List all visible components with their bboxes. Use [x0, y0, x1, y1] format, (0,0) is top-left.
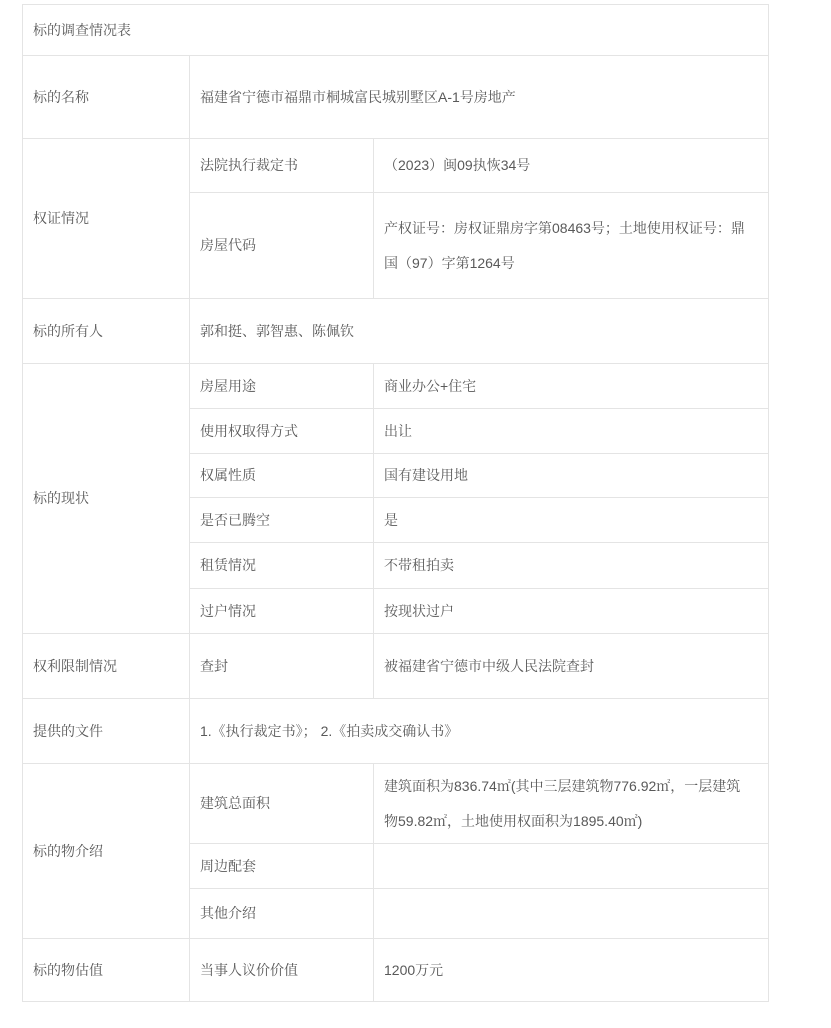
subject-name-value: 福建省宁德市福鼎市桐城富民城别墅区A-1号房地产: [190, 56, 769, 139]
lease-status-value: 不带租拍卖: [374, 543, 769, 589]
table-row: 标的调查情况表: [23, 5, 769, 56]
acquisition-method-value: 出让: [374, 409, 769, 454]
certificate-section-label: 权证情况: [23, 139, 190, 299]
table-row: 权证情况 法院执行裁定书 （2023）闽09执恢34号: [23, 139, 769, 193]
seizure-label: 查封: [190, 634, 374, 699]
negotiated-price-value: 1200万元: [374, 939, 769, 1002]
negotiated-price-label: 当事人议价价值: [190, 939, 374, 1002]
seizure-value: 被福建省宁德市中级人民法院查封: [374, 634, 769, 699]
house-code-value: 产权证号：房权证鼎房字第08463号；土地使用权证号：鼎国（97）字第1264号: [374, 193, 769, 299]
surrounding-facilities-value: [374, 844, 769, 889]
total-building-area-label: 建筑总面积: [190, 764, 374, 844]
subject-investigation-table: 标的调查情况表 标的名称 福建省宁德市福鼎市桐城富民城别墅区A-1号房地产 权证…: [22, 4, 769, 1002]
vacated-label: 是否已腾空: [190, 498, 374, 543]
other-introduction-label: 其他介绍: [190, 889, 374, 939]
table-row: 标的名称 福建省宁德市福鼎市桐城富民城别墅区A-1号房地产: [23, 56, 769, 139]
court-ruling-label: 法院执行裁定书: [190, 139, 374, 193]
total-building-area-value: 建筑面积为836.74㎡(其中三层建筑物776.92㎡，一层建筑物59.82㎡，…: [374, 764, 769, 844]
rights-restriction-label: 权利限制情况: [23, 634, 190, 699]
other-introduction-value: [374, 889, 769, 939]
table-row: 标的所有人 郭和挺、郭智惠、陈佩钦: [23, 299, 769, 364]
provided-documents-label: 提供的文件: [23, 699, 190, 764]
table-title: 标的调查情况表: [23, 5, 769, 56]
court-ruling-value: （2023）闽09执恢34号: [374, 139, 769, 193]
lease-status-label: 租赁情况: [190, 543, 374, 589]
introduction-section-label: 标的物介绍: [23, 764, 190, 939]
table-row: 标的现状 房屋用途 商业办公+住宅: [23, 364, 769, 409]
status-section-label: 标的现状: [23, 364, 190, 634]
acquisition-method-label: 使用权取得方式: [190, 409, 374, 454]
transfer-status-value: 按现状过户: [374, 589, 769, 634]
vacated-value: 是: [374, 498, 769, 543]
table-row: 权利限制情况 查封 被福建省宁德市中级人民法院查封: [23, 634, 769, 699]
table-row: 提供的文件 1.《执行裁定书》； 2.《拍卖成交确认书》: [23, 699, 769, 764]
house-usage-value: 商业办公+住宅: [374, 364, 769, 409]
transfer-status-label: 过户情况: [190, 589, 374, 634]
subject-investigation-section: 标的调查情况表 标的名称 福建省宁德市福鼎市桐城富民城别墅区A-1号房地产 权证…: [22, 4, 769, 1002]
house-usage-label: 房屋用途: [190, 364, 374, 409]
table-row: 标的物介绍 建筑总面积 建筑面积为836.74㎡(其中三层建筑物776.92㎡，…: [23, 764, 769, 844]
subject-name-label: 标的名称: [23, 56, 190, 139]
surrounding-facilities-label: 周边配套: [190, 844, 374, 889]
owner-value: 郭和挺、郭智惠、陈佩钦: [190, 299, 769, 364]
table-row: 标的物估值 当事人议价价值 1200万元: [23, 939, 769, 1002]
ownership-nature-value: 国有建设用地: [374, 454, 769, 498]
valuation-label: 标的物估值: [23, 939, 190, 1002]
owner-label: 标的所有人: [23, 299, 190, 364]
provided-documents-value: 1.《执行裁定书》； 2.《拍卖成交确认书》: [190, 699, 769, 764]
house-code-label: 房屋代码: [190, 193, 374, 299]
ownership-nature-label: 权属性质: [190, 454, 374, 498]
